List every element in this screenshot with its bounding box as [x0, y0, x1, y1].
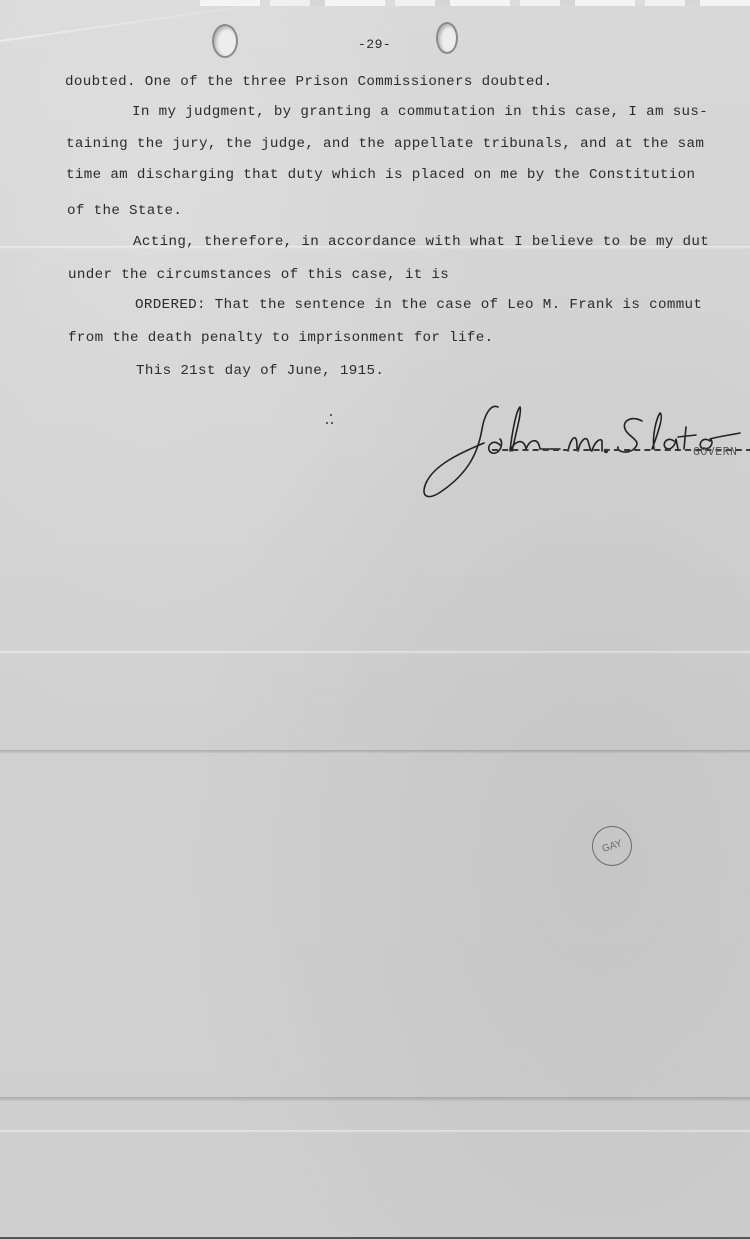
- text-line: In my judgment, by granting a commutatio…: [132, 104, 708, 120]
- page-number: -29-: [358, 37, 391, 52]
- text-line: ORDERED: That the sentence in the case o…: [135, 297, 702, 313]
- crease-line: [0, 651, 750, 654]
- crease-line: [0, 1097, 750, 1101]
- text-line: This 21st day of June, 1915.: [136, 363, 384, 379]
- ink-speck: [331, 422, 333, 424]
- document-page: -29- doubted. One of the three Prison Co…: [0, 0, 750, 1239]
- archive-stamp: GAY: [592, 826, 632, 866]
- text-line: doubted. One of the three Prison Commiss…: [65, 74, 553, 90]
- ink-speck: [326, 422, 328, 424]
- text-line: time am discharging that duty which is p…: [66, 167, 695, 183]
- crease-line: [0, 750, 750, 753]
- text-line: Acting, therefore, in accordance with wh…: [133, 234, 709, 250]
- stamp-text: GAY: [601, 838, 624, 855]
- punch-hole-icon: [436, 22, 458, 54]
- ink-speck: [330, 414, 332, 416]
- torn-top-edge: [200, 0, 750, 6]
- text-line: under the circumstances of this case, it…: [68, 267, 449, 283]
- crease-line: [0, 1130, 750, 1133]
- text-line: from the death penalty to imprisonment f…: [68, 330, 493, 346]
- signatory-title: GOVERN: [693, 446, 737, 459]
- punch-hole-icon: [212, 24, 238, 58]
- text-line: taining the jury, the judge, and the app…: [66, 136, 704, 152]
- text-line: of the State.: [67, 203, 182, 219]
